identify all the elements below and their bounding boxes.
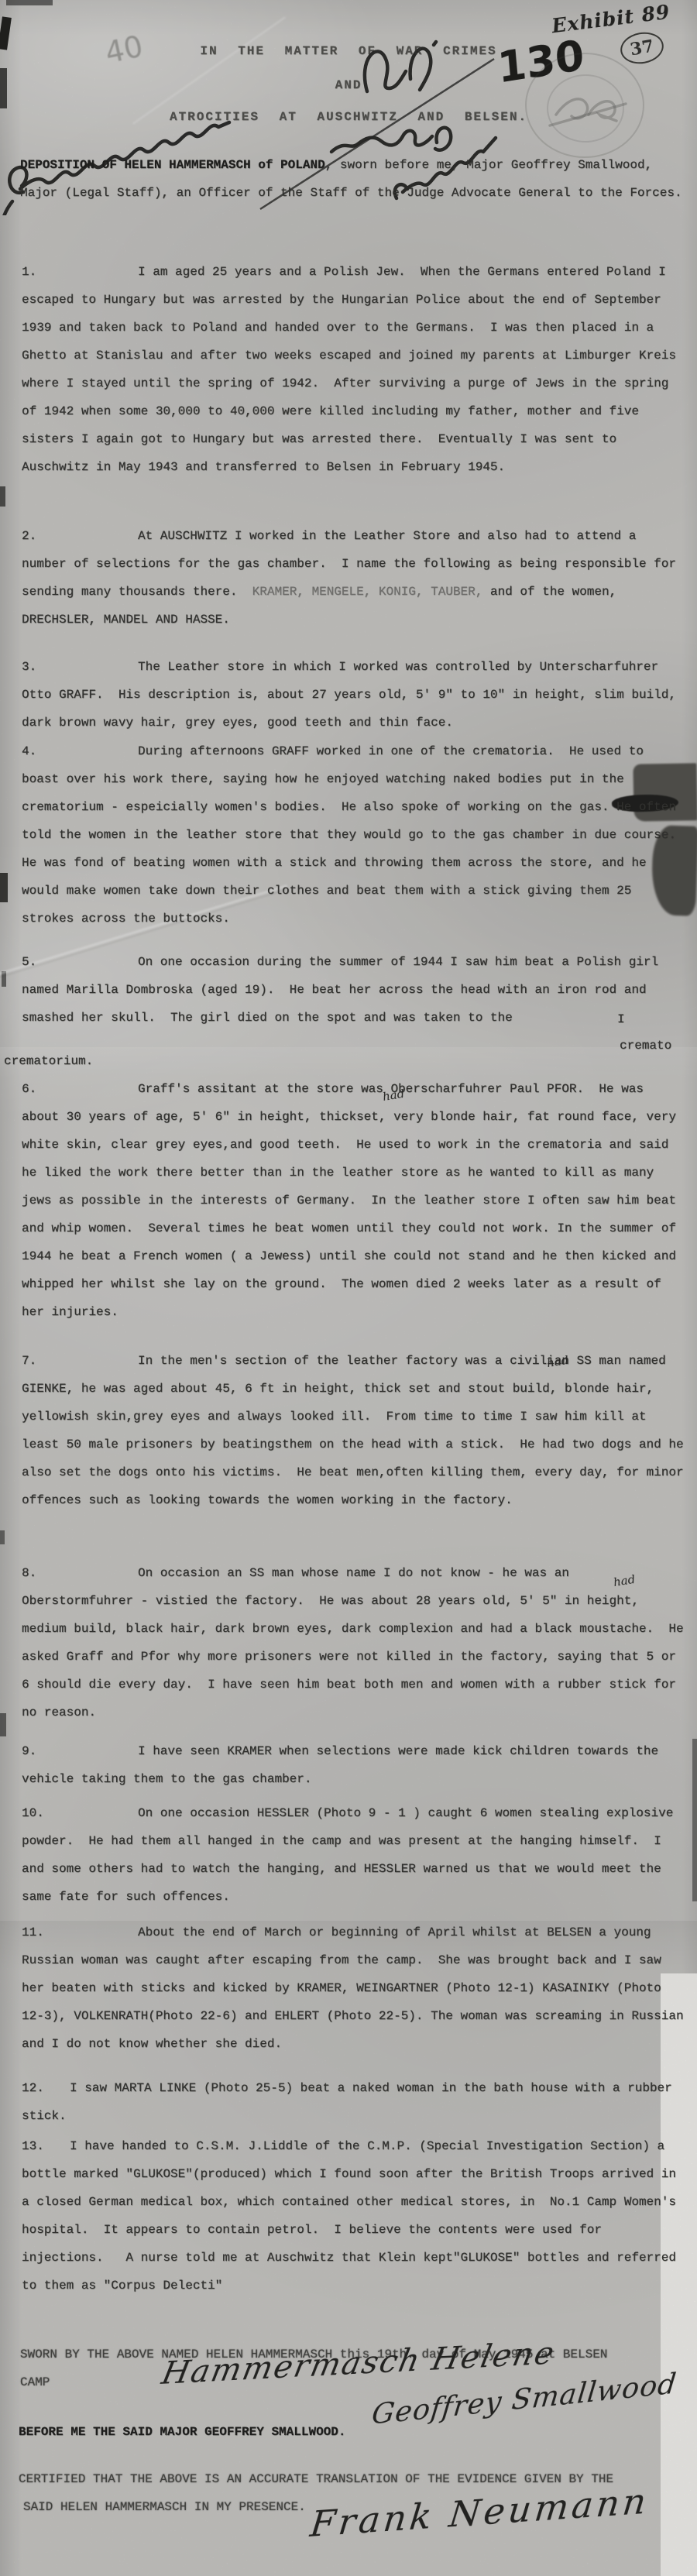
paragraph-4: 4. During afternoons GRAFF worked in one…: [22, 737, 685, 933]
paragraph-text: At AUSCHWITZ I worked in the Leather Sto…: [22, 522, 685, 634]
paragraph-number: 2.: [22, 522, 36, 550]
paragraph-1: 1. I am aged 25 years and a Polish Jew. …: [22, 258, 685, 481]
paragraph-number: 5.: [22, 948, 36, 976]
scan-edge-mark: [692, 1739, 697, 1901]
paragraph-number: 8.: [22, 1559, 36, 1587]
accused-names-faded: KRAMER, MENGELE, KONIG, TAUBER,: [252, 585, 483, 599]
paragraph-text: Graff's assitant at the store was Obersc…: [22, 1075, 685, 1326]
deponent-name-line: DEPOSITION OF HELEN HAMMERMASCH of POLAN…: [20, 158, 325, 172]
paragraph-8: 8. On occasion an SS man whose name I do…: [22, 1559, 685, 1726]
paragraph-7: 7. In the men's section of the leather f…: [22, 1347, 685, 1514]
paragraph-number: 12.: [22, 2074, 44, 2102]
paragraph-number: 13.: [22, 2132, 44, 2160]
paragraph-text: The Leather store in which I worked was …: [22, 653, 685, 737]
paragraph-2: 2. At AUSCHWITZ I worked in the Leather …: [22, 522, 685, 634]
deposition-intro: DEPOSITION OF HELEN HAMMERMASCH of POLAN…: [20, 151, 683, 207]
before-me-line: BEFORE ME THE SAID MAJOR GEOFFREY SMALLW…: [19, 2418, 561, 2446]
paragraph-text: I am aged 25 years and a Polish Jew. Whe…: [22, 258, 685, 481]
margin-insert-I: I: [617, 1005, 625, 1033]
paragraph-number: 10.: [22, 1799, 44, 1827]
paragraph-number: 6.: [22, 1075, 36, 1103]
scan-edge-mark: [0, 1530, 5, 1544]
paragraph-11: 11. About the end of March or beginning …: [22, 1918, 685, 2058]
paragraph-number: 9.: [22, 1737, 36, 1765]
paragraph-number: 3.: [22, 653, 36, 681]
paragraph-number: 4.: [22, 737, 36, 765]
paragraph-10: 10. On one occasion HESSLER (Photo 9 - 1…: [22, 1799, 685, 1911]
paragraph-9: 9. I have seen KRAMER when selections we…: [22, 1737, 685, 1793]
paragraph-13: 13. I have handed to C.S.M. J.Liddle of …: [22, 2132, 685, 2300]
crematorium-continuation: crematorium.: [4, 1047, 93, 1075]
paragraph-text: About the end of March or beginning of A…: [22, 1918, 685, 2058]
paragraph-12: 12. I saw MARTA LINKE (Photo 25-5) beat …: [22, 2074, 685, 2130]
document-title-line2: AND: [0, 71, 697, 99]
scan-edge-mark: [2, 971, 6, 987]
document-title-line3: ATROCITIES AT AUSCHWITZ AND BELSEN.: [0, 103, 697, 131]
paragraph-text: On one occasion during the summer of 194…: [22, 948, 685, 1032]
margin-insert-cremato: cremato: [620, 1032, 671, 1060]
paragraph-text: In the men's section of the leather fact…: [22, 1347, 685, 1514]
scan-edge-mark: [6, 0, 53, 5]
paragraph-6: 6. Graff's assitant at the store was Obe…: [22, 1075, 685, 1326]
paragraph-number: 7.: [22, 1347, 36, 1375]
document-title-line1: IN THE MATTER OF WAR CRIMES: [0, 37, 697, 65]
paragraph-number: 1.: [22, 258, 36, 286]
paragraph-5: 5. On one occasion during the summer of …: [22, 948, 685, 1032]
deposition-document-page: Exhibit 89 37 130 40 IN THE MATTER OF WA…: [0, 0, 697, 2576]
paragraph-text: I have seen KRAMER when selections were …: [22, 1737, 685, 1793]
sworn-statement-camp: CAMP: [20, 2368, 50, 2396]
paragraph-text: On occasion an SS man whose name I do no…: [22, 1559, 685, 1726]
paragraph-number: 11.: [22, 1918, 44, 1946]
scan-edge-mark: [0, 873, 8, 902]
scan-edge-mark: [0, 486, 5, 507]
paragraph-text: I saw MARTA LINKE (Photo 25-5) beat a na…: [22, 2074, 685, 2130]
paragraph-text: I have handed to C.S.M. J.Liddle of the …: [22, 2132, 685, 2300]
paragraph-text: On one occasion HESSLER (Photo 9 - 1 ) c…: [22, 1799, 685, 1911]
paragraph-text: During afternoons GRAFF worked in one of…: [22, 737, 685, 933]
paragraph-3: 3. The Leather store in which I worked w…: [22, 653, 685, 737]
scan-tone-band: [0, 1047, 697, 1078]
scan-edge-mark: [0, 1713, 6, 1736]
